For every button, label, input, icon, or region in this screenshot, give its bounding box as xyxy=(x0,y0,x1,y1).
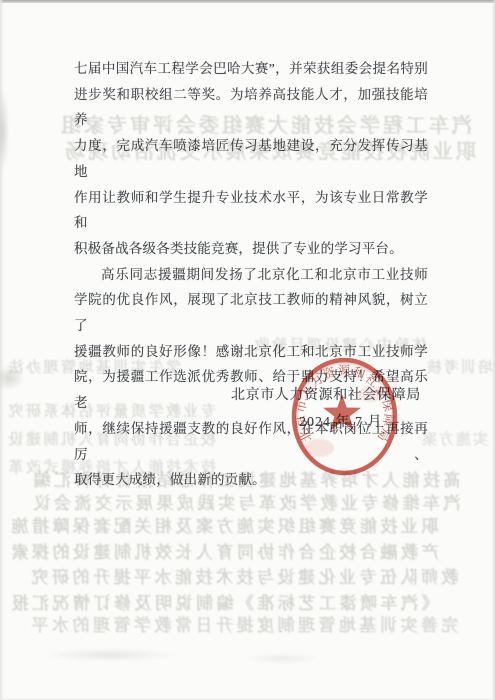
official-seal: 北京市人力资源和社会保障局 xyxy=(279,346,410,487)
scan-edge-top xyxy=(0,0,495,3)
bleedthrough-line: 教师队伍专业化建设与技术技能水平提升的研究 xyxy=(28,563,459,588)
bleedthrough-line: 培训考核 xyxy=(425,356,493,377)
star-icon xyxy=(323,394,361,430)
text-line: 力度，完成汽车喷漆培匠传习基地建设，充分发挥传习基地 xyxy=(74,133,428,184)
text-line: 高乐同志援疆期间发扬了北京化工和北京市工业技师 xyxy=(74,262,428,288)
scan-smudge xyxy=(246,653,320,664)
bleedthrough-line: 职业技能竞赛组织实施方案及相关配套保障措施 xyxy=(8,512,439,537)
text-line: 积极备战各级各类技能竞赛，提供了专业的学习平台。 xyxy=(74,236,428,262)
bleedthrough-line: 产教融合校企合作协同育人长效机制建设的探索 xyxy=(8,538,439,563)
scan-smudge xyxy=(44,648,176,662)
paragraph-1: 七届中国汽车工程学会巴哈大赛”，并荣获组委会提名特别 进步奖和职校组二等奖。为培… xyxy=(74,56,428,262)
text-line: 进步奖和职校组二等奖。为培养高技能人才，加强技能培养 xyxy=(74,82,428,133)
bleedthrough-line: 实施方案 xyxy=(420,428,488,449)
bleedthrough-line: 完善实训基地管理制度提升日常教学管理的水平 xyxy=(28,611,459,636)
scanned-letter-page: 汽车工程学会技能大赛组委会评审专家组职业院校技能竞赛成果展示交流活动现场体验中心… xyxy=(0,0,495,700)
text-line: 七届中国汽车工程学会巴哈大赛”，并荣获组委会提名特别 xyxy=(74,56,428,82)
seal-ink-blotch xyxy=(304,439,334,457)
text-line: 学院的优良作风，展现了北京技工教师的精神风貌，树立了 xyxy=(74,287,428,338)
text-line: 作用让教师和学生提升专业技术水平，为该专业日常教学和 xyxy=(74,185,428,236)
